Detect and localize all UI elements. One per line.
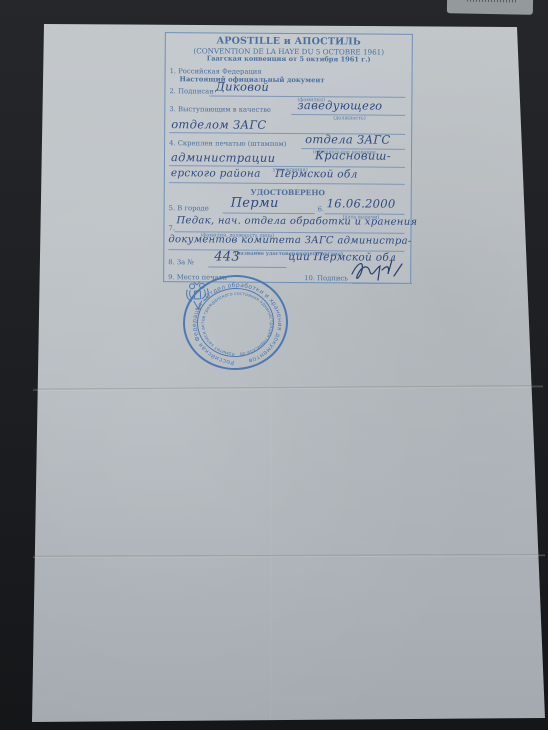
apostille-stamp: APOSTILLE и АПОСТИЛЬ (CONVENTION DE LA H… bbox=[163, 32, 413, 284]
field-4-value-2b: Красновиш- bbox=[315, 148, 391, 163]
double-headed-eagle-icon bbox=[183, 278, 213, 313]
field-3-value-2: отделом ЗАГС bbox=[171, 117, 266, 132]
field-3-label: 3. Выступающим в качестве bbox=[169, 105, 271, 114]
field-4-value: отдела ЗАГС bbox=[305, 132, 390, 147]
field-7-value: Педак, нач. отдела обработки и хранения bbox=[177, 215, 418, 228]
barcode-label bbox=[447, 0, 533, 15]
field-4-value-3: ерского района Пермской обл bbox=[171, 167, 358, 180]
signature bbox=[348, 256, 408, 290]
barcode-icon bbox=[467, 0, 517, 2]
signature-line bbox=[352, 283, 412, 284]
field-6-label: 6. bbox=[318, 205, 325, 213]
underline bbox=[169, 182, 405, 185]
field-6-value: 16.06.2000 bbox=[327, 196, 396, 210]
field-5-label: 5. В городе bbox=[169, 204, 209, 212]
field-3-caption: (должность) bbox=[333, 115, 365, 121]
field-8-value: 443 bbox=[214, 249, 240, 264]
field-4-label: 4. Скреплен печатью (штампом) bbox=[169, 139, 286, 148]
field-5-value: Перми bbox=[231, 196, 279, 211]
signature-scribble-icon bbox=[348, 256, 408, 286]
apostille-subtitle-ru: Гаагская конвенция от 5 октября 1961 г.) bbox=[166, 54, 412, 64]
underline bbox=[223, 213, 315, 215]
official-seal: Российская Федерация · Отдел обработки и… bbox=[181, 272, 291, 372]
field-10-label: 10. Подпись bbox=[304, 274, 348, 282]
field-2-label: 2. Подписан bbox=[169, 87, 213, 95]
field-7-value-2: документов комитета ЗАГС администра- bbox=[168, 234, 411, 247]
field-8-label: 8. За № bbox=[168, 258, 194, 266]
field-2-value: Диковой bbox=[215, 79, 269, 93]
field-3-value: заведующего bbox=[297, 98, 382, 113]
field-4-value-2a: администрации bbox=[171, 150, 275, 165]
underline bbox=[208, 266, 286, 268]
